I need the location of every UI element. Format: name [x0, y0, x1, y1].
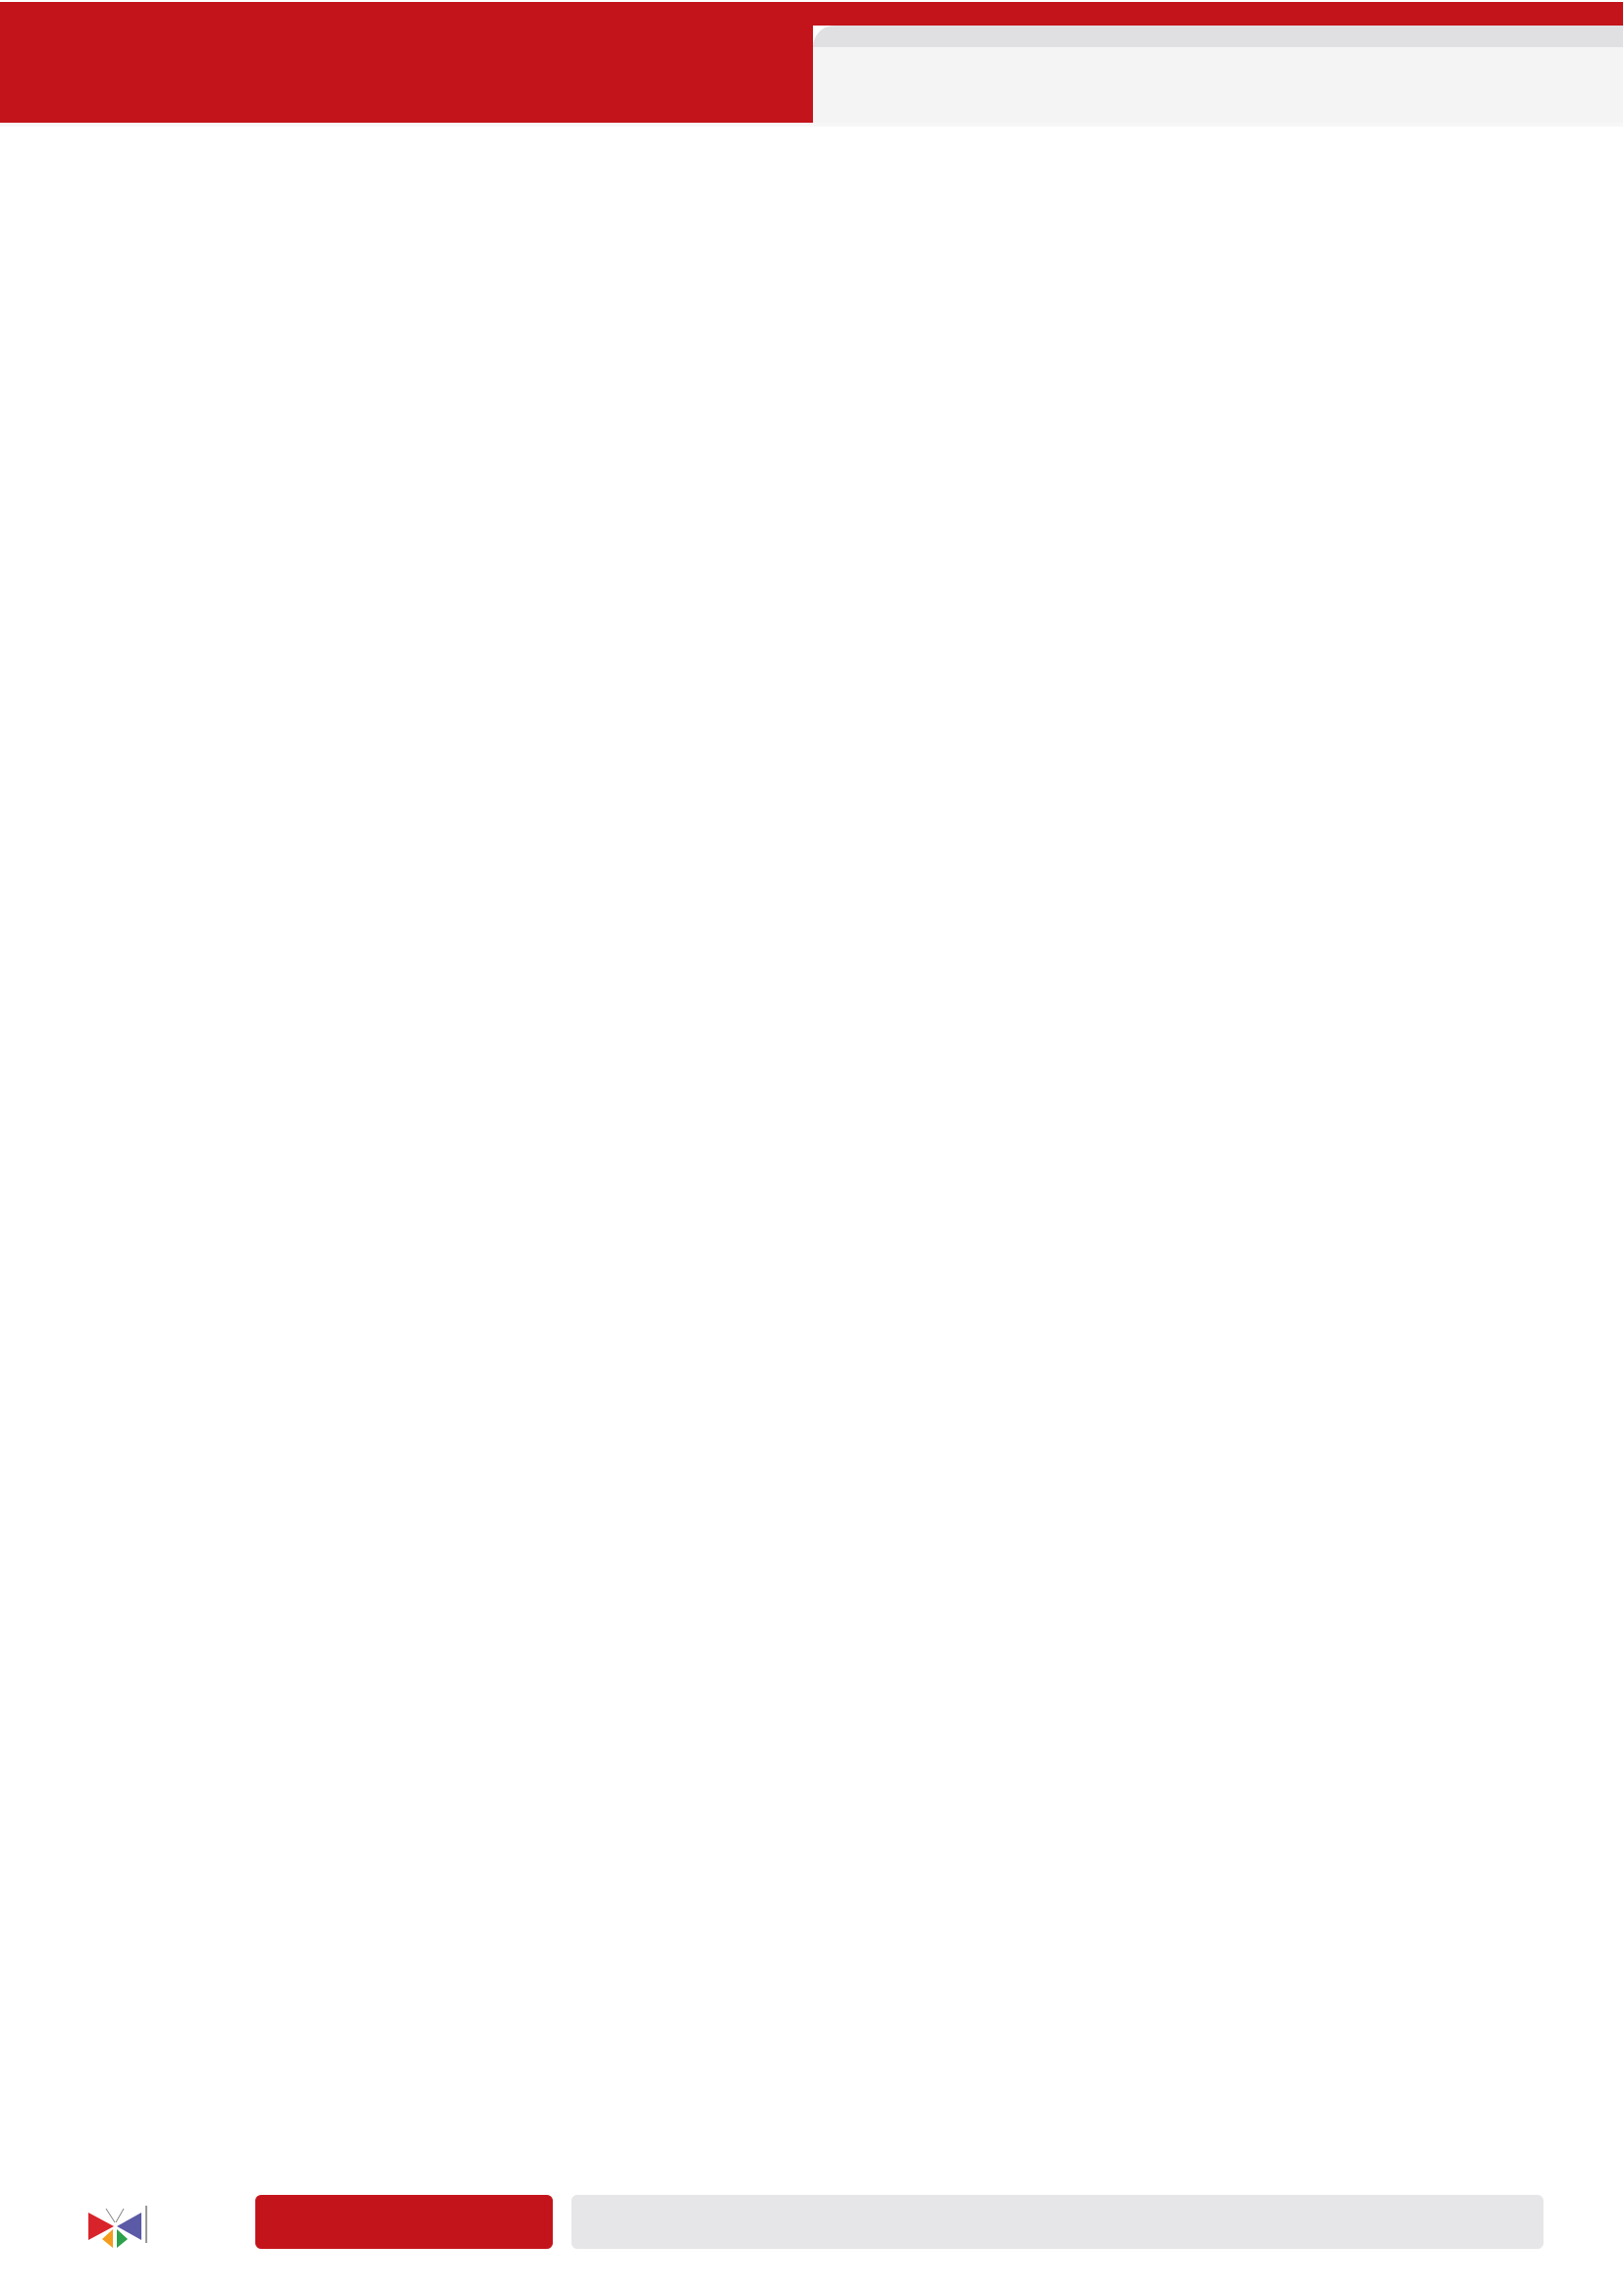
footer-note-disclaimer — [583, 2222, 1532, 2244]
header-banner-left — [0, 2, 813, 123]
acti-butterfly-logo-icon — [86, 2199, 245, 2254]
website-link-button[interactable] — [255, 2195, 553, 2249]
footer-note-products — [583, 2201, 1532, 2222]
header-panel-strip — [813, 26, 1623, 47]
header-grey-panel — [813, 26, 1623, 123]
footer-notes — [571, 2195, 1543, 2249]
header-bottom-shadow — [0, 123, 1623, 127]
logo-divider — [145, 2206, 147, 2243]
